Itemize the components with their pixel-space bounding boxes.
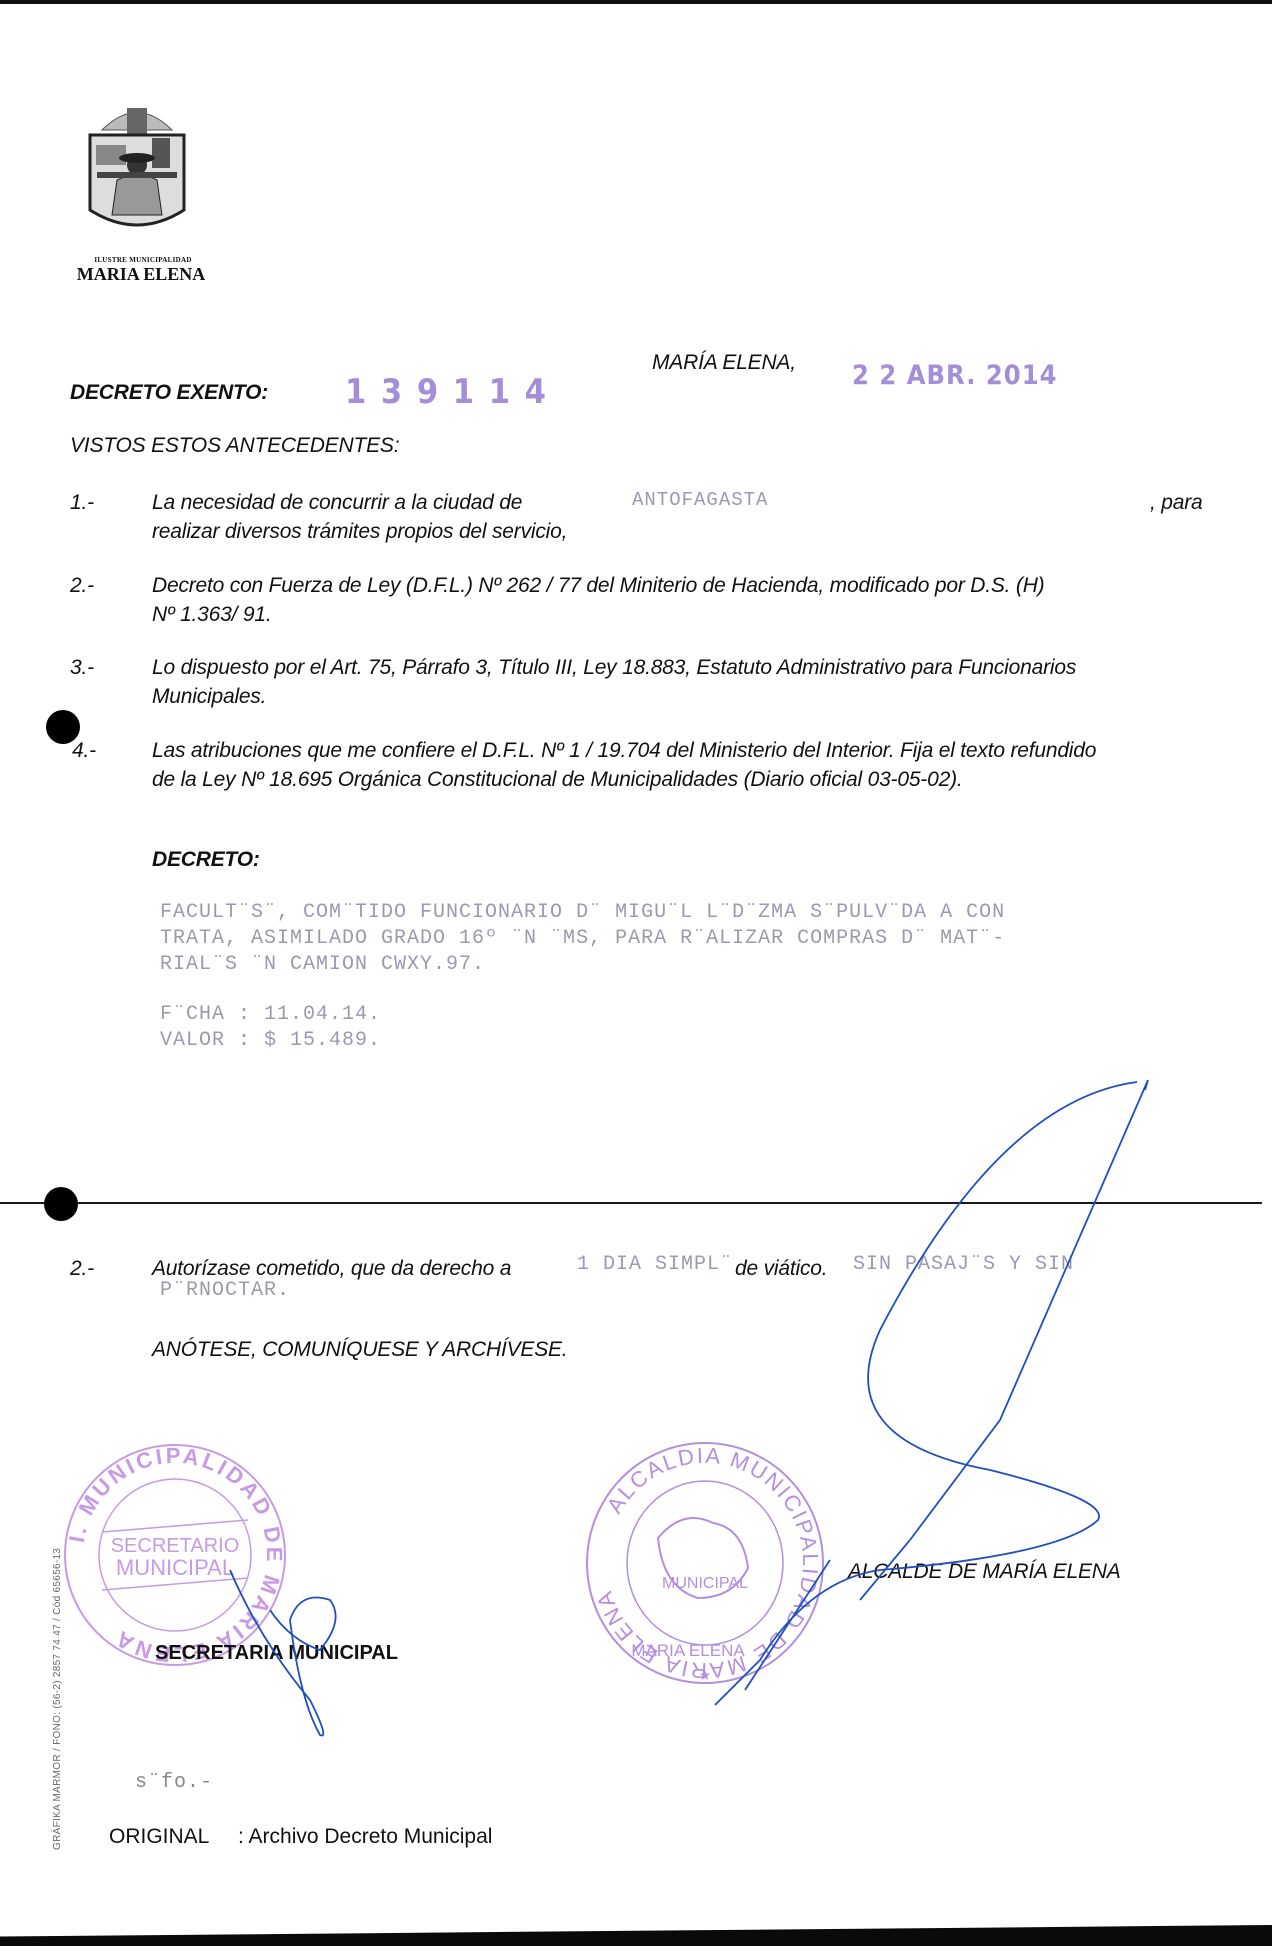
fecha-line: F¨CHA : 11.04.14. [160,1002,381,1028]
decreto-fecha-valor: F¨CHA : 11.04.14. VALOR : $ 15.489. [160,1002,381,1054]
svg-text:SECRETARIO: SECRETARIO [111,1535,240,1557]
distribution-value: : Archivo Decreto Municipal [238,1825,492,1849]
decreto-typed-body: FACULT¨S¨, COM¨TIDO FUNCIONARIO D¨ MIGU¨… [160,900,1005,978]
scan-top-edge [0,0,1272,4]
hole-punch-mark [44,1187,78,1221]
coat-of-arms-icon [82,100,192,240]
svg-text:MUNICIPAL: MUNICIPAL [662,1575,748,1592]
item-1-suffix: , para [1150,488,1203,517]
mayor-title: ALCALDE DE MARÍA ELENA [848,1557,1121,1586]
valor-line: VALOR : $ 15.489. [160,1028,381,1054]
initials: s¨fo.- [135,1771,213,1794]
secretary-stamp-icon: I. MUNICIPALIDAD DE MARIA ELENA SECRETAR… [60,1440,290,1670]
typed-conditions: SIN PASAJ¨S Y SIN [853,1253,1074,1276]
resolution-number: 2.- [70,1254,130,1283]
item-3-line2: Municipales. [152,682,266,711]
typed-line: RIAL¨S ¨N CAMION CWXY.97. [160,952,1005,978]
item-2-line1: Decreto con Fuerza de Ley (D.F.L.) Nº 26… [152,571,1044,600]
logo-title: MARIA ELENA [66,264,216,285]
decreto-heading: DECRETO: [152,845,260,874]
item-1-line2: realizar diversos trámites propios del s… [152,517,567,546]
distribution-label: ORIGINAL [109,1825,209,1849]
item-4-line1: Las atribuciones que me confiere el D.F.… [152,736,1096,765]
typed-city: ANTOFAGASTA [632,489,768,511]
printer-side-text: GRÁFIKA MARMOR / FONO: (56-2) 2857 74 47… [52,1548,63,1850]
mayor-stamp-icon: ALCALDIA MUNICIPALIDAD DE MARIA ELENA MU… [583,1438,828,1688]
item-2-line2: Nº 1.363/ 91. [152,600,271,629]
typed-days: 1 DIA SIMPL¨ [577,1253,733,1276]
svg-text:MARIA ELENA: MARIA ELENA [631,1641,745,1660]
closing-formula: ANÓTESE, COMUNÍQUESE Y ARCHÍVESE. [152,1335,567,1364]
svg-text:MUNICIPAL: MUNICIPAL [116,1555,234,1580]
item-number: 3.- [70,653,130,682]
logo-subtitle: ILUSTRE MUNICIPALIDAD [78,256,208,264]
item-3-line1: Lo dispuesto por el Art. 75, Párrafo 3, … [152,653,1076,682]
typed-conditions-line2: P¨RNOCTAR. [160,1279,290,1302]
date-stamp: 2 2 ABR. 2014 [852,360,1058,391]
typed-line: FACULT¨S¨, COM¨TIDO FUNCIONARIO D¨ MIGU¨… [160,900,1005,926]
item-1-text: La necesidad de concurrir a la ciudad de [152,488,522,517]
item-number: 4.- [72,736,132,765]
typed-line: TRATA, ASIMILADO GRADO 16º ¨N ¨MS, PARA … [160,926,1005,952]
resolution-text-middle: de viático. [735,1254,827,1283]
svg-text:★: ★ [699,1668,712,1684]
decree-number-stamp: 1 3 9 1 1 4 [345,372,548,412]
vistos-heading: VISTOS ESTOS ANTECEDENTES: [70,431,399,460]
item-number: 1.- [70,488,130,517]
secretary-title: SECRETARIA MUNICIPAL [155,1642,398,1665]
item-4-line2: de la Ley Nº 18.695 Orgánica Constitucio… [152,765,963,794]
decree-label: DECRETO EXENTO: [70,378,268,407]
horizontal-rule [0,1202,1262,1204]
scan-bottom-edge [0,1925,1272,1946]
item-number: 2.- [70,571,130,600]
place-label: MARÍA ELENA, [652,348,796,377]
